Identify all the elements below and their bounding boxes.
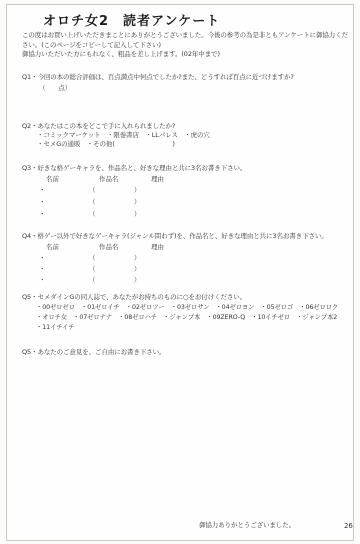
final-question-label: Q5・あなたのご意見を、ご自由にお書き下さい。 [22,348,165,358]
q3-column-headers: 名前 作品名 理由 [7,174,353,184]
row-open-paren: （ [89,197,96,206]
q3-answer-row: ・ （ ） [7,197,353,208]
q3-column-header-work: 作品名 [99,174,119,183]
q4-column-header-name: 名前 [46,242,59,251]
row-close-paren: ） [134,253,141,262]
row-open-paren: （ [89,253,96,262]
q4-answer-row: ・ （ ） [7,275,353,286]
q5-options-line-3: ・11イチイチ [36,323,74,333]
q3-answer-row: ・ （ ） [7,209,353,220]
q1-answer-blank: （ 点） [39,84,71,94]
q4-column-header-work: 作品名 [99,242,119,251]
intro-line-1: この度はお買い上げいただきまことにありがとうございました。今後の参考の為是非とも… [22,31,348,41]
q5-options-line-2: ・オロチ女 ・07ゼロナナ ・08ゼロハチ ・ジャンプ本 ・09ZERO-Q ・… [36,313,337,323]
row-bullet: ・ [39,253,46,262]
survey-page-sheet: オロチ女2 読者アンケート この度はお買い上げいただきまことにありがとうございま… [6,4,354,541]
row-bullet: ・ [39,264,46,273]
intro-paragraph: この度はお買い上げいただきまことにありがとうございました。今後の参考の為是非とも… [22,31,348,60]
row-bullet: ・ [39,197,46,206]
q4-label: Q4・格ゲー以外で好きなゲーキャラ(ジャンル問わず)を、作品名と、好きな理由と共… [22,232,328,242]
q4-column-header-reason: 理由 [151,242,164,251]
q5-label: Q5・セメダインGの同人誌で、あなたがお持ちのものに○をお付けください。 [22,293,246,303]
footer-thanks-text: 御協力ありがとうございました。 [199,521,295,531]
q3-answer-row: ・ （ ） [7,185,353,196]
q3-column-header-reason: 理由 [151,174,164,183]
q1-label: Q1・今回の本の総合評価は、百点満点中何点でしたか?また、どうすれば百点に近づけ… [22,73,294,83]
row-open-paren: （ [89,275,96,284]
q2-options-line-2: ・セメGの通販 ・その他( ) [37,140,175,150]
intro-line-3: 御協力いただいた方にもれなく、粗品を差し上げます。(02年中まで) [22,50,348,60]
q4-answer-row: ・ （ ） [7,264,353,275]
q4-answer-row: ・ （ ） [7,253,353,264]
row-open-paren: （ [89,209,96,218]
q5-options-line-1: ・00ゼロゼロ ・01ゼロイチ ・02ゼロツー ・03ゼロサン ・04ゼロヨン … [36,303,338,313]
row-close-paren: ） [134,185,141,194]
row-open-paren: （ [89,185,96,194]
q4-column-headers: 名前 作品名 理由 [7,242,353,252]
row-bullet: ・ [39,185,46,194]
row-close-paren: ） [134,197,141,206]
row-close-paren: ） [134,275,141,284]
q3-label: Q3・好きな格ゲーキャラを、作品名と、好きな理由と共に3名お書き下さい。 [22,164,246,174]
row-close-paren: ） [134,264,141,273]
q3-column-header-name: 名前 [46,174,59,183]
row-open-paren: （ [89,264,96,273]
intro-line-2: さい。(このページをコピーして記入して下さい) [22,41,348,51]
page-title: オロチ女2 読者アンケート [43,10,220,29]
row-close-paren: ） [134,209,141,218]
row-bullet: ・ [39,209,46,218]
row-bullet: ・ [39,275,46,284]
page-number: 26 [344,522,353,532]
